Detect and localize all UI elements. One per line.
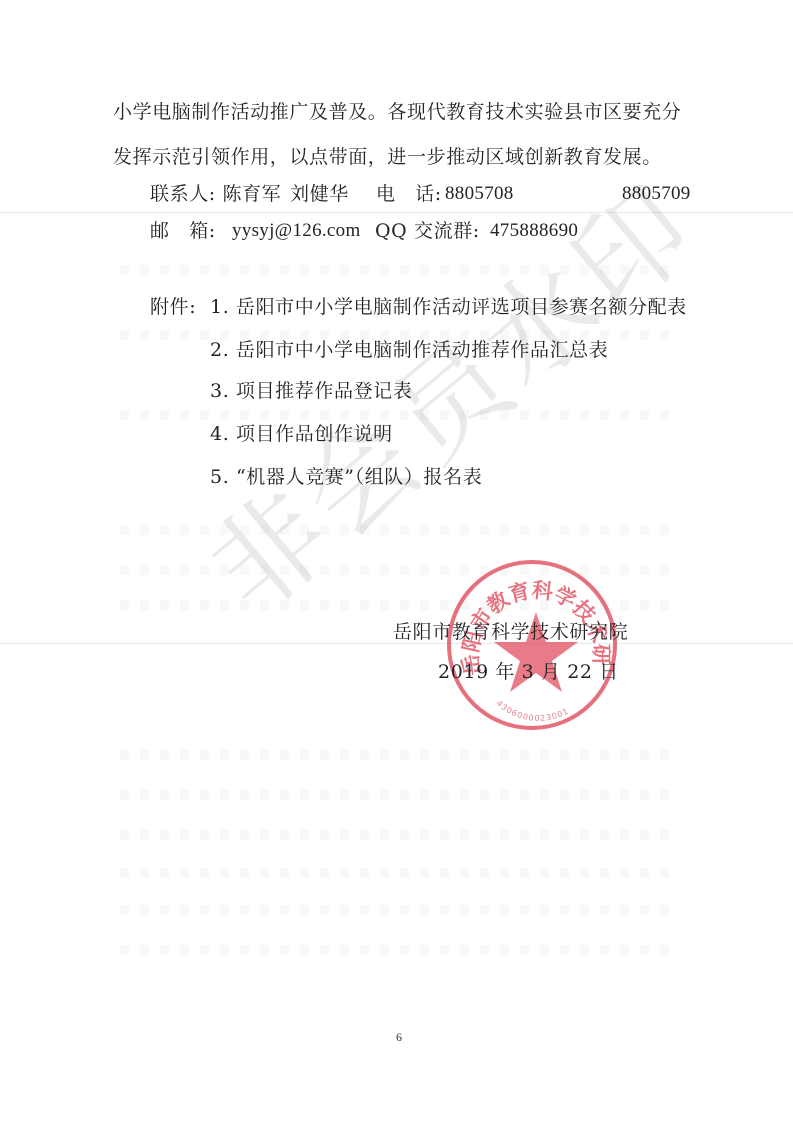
phone-2: 8805709	[622, 182, 691, 206]
svg-text:4306000023001: 4306000023001	[495, 699, 571, 723]
contacts-label: 联系人:	[150, 183, 216, 205]
bleed-through-row	[120, 750, 680, 760]
phone-label: 电 话:	[376, 182, 442, 206]
bleed-through-row	[120, 790, 680, 800]
bleed-through-row	[120, 905, 680, 915]
attachment-number: 5.	[210, 466, 229, 488]
bleed-through-row	[120, 945, 680, 955]
attachment-title: “机器人竞赛”（组队）报名表	[236, 466, 482, 488]
contact-person-1: 陈育军	[222, 183, 281, 205]
bleed-through-row	[120, 868, 680, 878]
attachment-title: 项目推荐作品登记表	[236, 380, 412, 402]
signing-organization: 岳阳市教育科学技术研究院	[393, 620, 628, 644]
attachment-number: 3.	[210, 380, 229, 402]
contact-person-2: 刘健华	[290, 182, 349, 206]
page-number: 6	[396, 1030, 402, 1045]
qq-group-number: 475888690	[490, 219, 578, 243]
signing-date: 2019 年 3 月 22 日	[438, 660, 619, 684]
attachment-item-2: 2. 岳阳市中小学电脑制作活动推荐作品汇总表	[210, 338, 608, 362]
contact-row: 联系人: 陈育军	[150, 182, 281, 206]
phone-1: 8805708	[445, 182, 514, 206]
email-link[interactable]: yysyj@126.com	[232, 219, 361, 243]
attachments-label: 附件:	[150, 295, 196, 319]
attachment-title: 岳阳市中小学电脑制作活动评选项目参赛名额分配表	[236, 296, 687, 318]
attachment-title: 项目作品创作说明	[236, 423, 393, 445]
attachment-item-3: 3. 项目推荐作品登记表	[210, 379, 412, 403]
attachment-item-4: 4. 项目作品创作说明	[210, 422, 393, 446]
body-paragraph-line-1: 小学电脑制作活动推广及普及。各现代教育技术实验县市区要充分	[113, 100, 681, 124]
attachment-number: 2.	[210, 339, 229, 361]
qq-group-label: QQ 交流群:	[375, 219, 480, 243]
bleed-through-row	[120, 830, 680, 840]
document-page: 非会员水印 小学电脑制作活动推广及普及。各现代教育技术实验县市区要充分 发挥示范…	[0, 0, 793, 1122]
attachment-number: 1.	[210, 296, 229, 318]
attachment-item-5: 5. “机器人竞赛”（组队）报名表	[210, 465, 482, 489]
email-label: 邮 箱:	[150, 219, 216, 243]
seal-star-icon: 岳阳市教育科学技术研究院 4306000023001	[451, 564, 621, 734]
attachment-title: 岳阳市中小学电脑制作活动推荐作品汇总表	[236, 339, 608, 361]
attachment-number: 4.	[210, 423, 229, 445]
body-paragraph-line-2: 发挥示范引领作用，以点带面，进一步推动区域创新教育发展。	[113, 145, 662, 169]
seal-code: 4306000023001	[495, 699, 571, 723]
official-seal: 岳阳市教育科学技术研究院 4306000023001	[447, 560, 617, 730]
attachment-item-1: 1. 岳阳市中小学电脑制作活动评选项目参赛名额分配表	[210, 295, 687, 319]
